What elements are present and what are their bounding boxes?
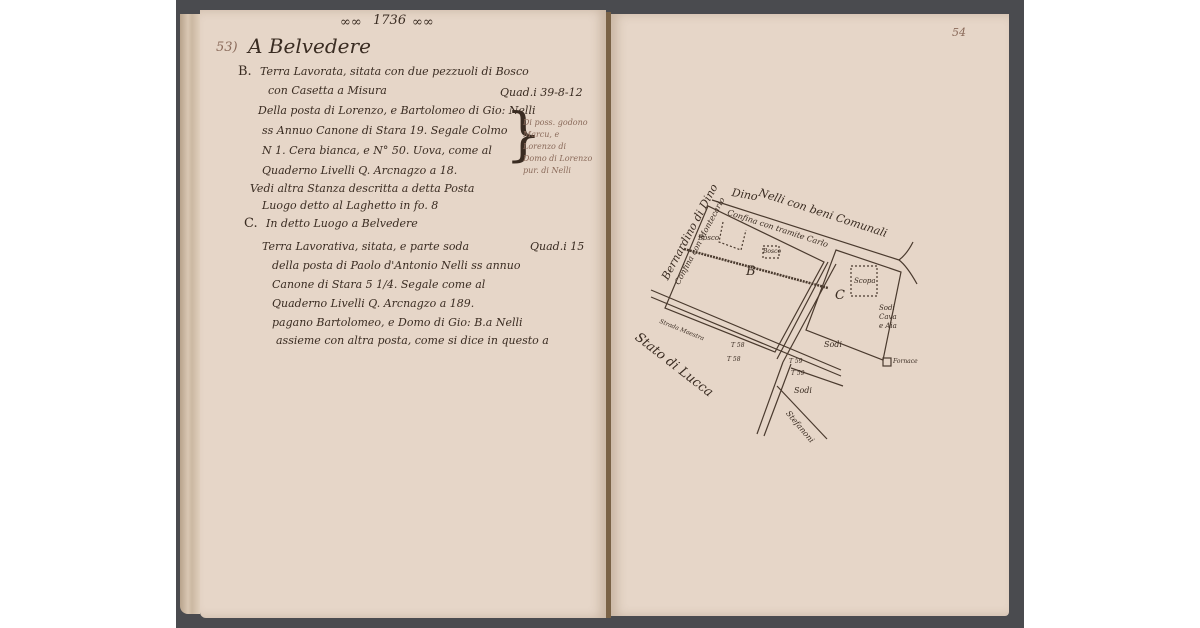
page-title: A Belvedere	[248, 34, 371, 58]
map-label: T 58	[727, 356, 741, 363]
entry-c-line: Terra Lavorativa, sitata, e parte soda	[262, 240, 469, 253]
entry-b-line: Della posta di Lorenzo, e Bartolomeo di …	[258, 104, 535, 117]
entry-b-line: Quaderno Livelli Q. Arcnagzo a 18.	[262, 164, 457, 177]
entry-b-measure: Quad.i 39-8-12	[500, 86, 583, 99]
side-note: Domo di Lorenzo	[523, 154, 592, 163]
folio-mark: 53)	[216, 40, 238, 55]
side-note: Di poss. godono	[523, 118, 588, 127]
entry-c-line: pagano Bartolomeo, e Domo di Gio: B.a Ne…	[272, 316, 523, 329]
entry-b-subline: Luogo detto al Laghetto in fo. 8	[262, 199, 438, 212]
entry-b-line: N 1. Cera bianca, e N° 50. Uova, come al	[262, 144, 492, 157]
left-page	[200, 10, 606, 618]
map-label: Bosco	[698, 234, 719, 242]
side-note: pur. di Nelli	[523, 166, 571, 175]
entry-c-line: della posta di Paolo d'Antonio Nelli ss …	[272, 259, 520, 272]
entry-c-line: Canone di Stara 5 1/4. Segale come al	[272, 278, 485, 291]
year-flourish-right: ∞∞	[412, 15, 434, 30]
year-flourish-left: ∞∞	[340, 15, 362, 30]
side-note: Marcu, e	[523, 130, 559, 139]
map-label: Fornace	[893, 358, 918, 365]
entry-b-line: con Casetta a Misura	[268, 84, 387, 97]
entry-c-line: Quaderno Livelli Q. Arcnagzo a 189.	[272, 297, 474, 310]
entry-letter-c: C.	[244, 216, 258, 231]
year-header: 1736	[373, 13, 406, 28]
side-note: Lorenzo di	[523, 142, 566, 151]
entry-b-line: Terra Lavorata, sitata con due pezzuoli …	[260, 65, 529, 78]
map-lines	[611, 14, 1009, 616]
parcel-b-label: B	[746, 264, 756, 279]
parcel-c-label: C	[835, 288, 845, 303]
map-label: Sodi	[794, 386, 812, 395]
map-label: T 59	[791, 370, 805, 377]
map-label: Sodi	[824, 340, 842, 349]
map-label: T 59	[789, 358, 803, 365]
entry-b-subline: Vedi altra Stanza descritta a detta Post…	[250, 182, 475, 195]
map-label: Scopa	[854, 277, 876, 285]
map-label: T 58	[731, 342, 745, 349]
entry-letter-b: B.	[238, 64, 252, 79]
book-edge	[180, 14, 200, 614]
entry-c-line: assieme con altra posta, come si dice in…	[276, 334, 549, 347]
map-label: Sodi Cava e Aia	[879, 304, 903, 331]
entry-c-measure: Quad.i 15	[530, 240, 584, 253]
map-label: Bosco	[763, 248, 781, 255]
entry-c-line: In detto Luogo a Belvedere	[266, 217, 418, 230]
estate-map: Dino Nelli con beni Comunali Confina con…	[611, 14, 1009, 616]
entry-b-line: ss Annuo Canone di Stara 19. Segale Colm…	[262, 124, 508, 137]
